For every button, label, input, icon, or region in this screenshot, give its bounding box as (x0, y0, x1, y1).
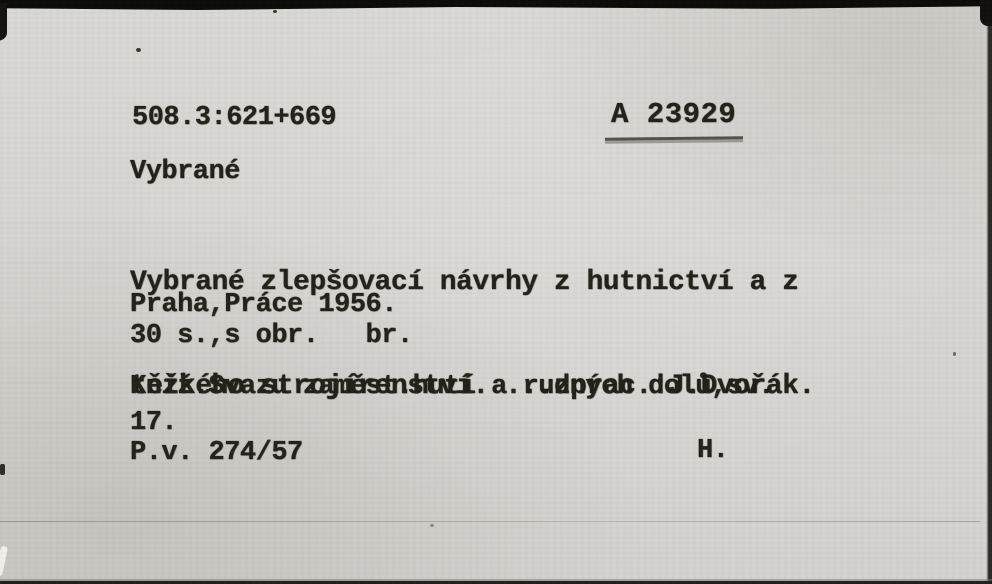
record-number: P.v. 274/57 (130, 438, 303, 469)
series-line-2: 17. (130, 408, 177, 439)
annotation-letter: H. (697, 436, 728, 467)
scan-edge-top (0, 0, 992, 10)
classification-number: 508.3:621+669 (132, 103, 336, 134)
catalog-card: 508.3:621+669 A 23929 Vybrané Vybrané zl… (0, 0, 992, 584)
scan-edge-top-left (0, 3, 7, 41)
accession-number: A 23929 (611, 98, 736, 131)
imprint-line: Praha,Práce 1956. (130, 290, 397, 321)
scan-edge-right (986, 0, 992, 584)
scan-notch (0, 546, 8, 577)
collation-line: 30 s.,s obr. br. (130, 321, 413, 352)
scan-edge-right-top (980, 0, 992, 26)
series-line-1: Kniž.Svazu zaměst.hutí a rudných dolů,sv… (130, 372, 774, 403)
card-bottom-rule (0, 521, 980, 522)
paper-speck (0, 464, 5, 475)
paper-speck (953, 352, 956, 356)
accession-underline (605, 136, 743, 140)
paper-speck (430, 524, 434, 527)
heading-entry: Vybrané (130, 157, 240, 188)
paper-speck (136, 48, 141, 52)
paper-speck (273, 10, 277, 13)
